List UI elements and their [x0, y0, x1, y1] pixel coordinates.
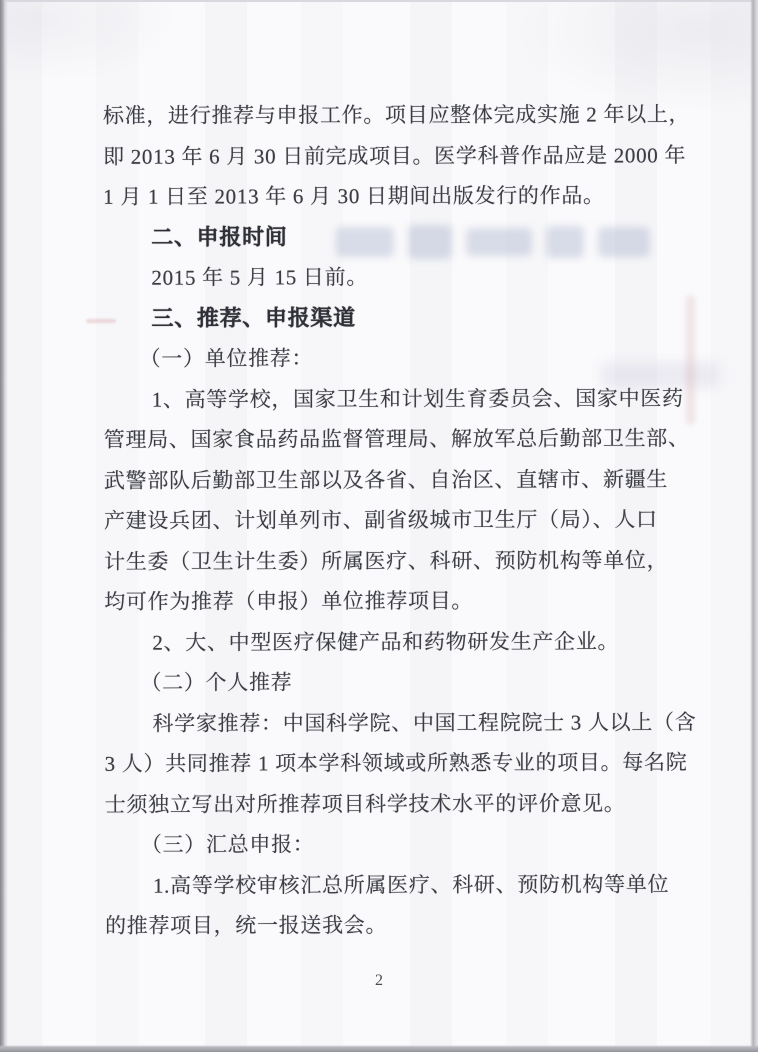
text-line: 武警部队后勤部卫生部以及各省、自治区、直辖市、新疆生 [104, 459, 698, 501]
scan-edge-right [750, 0, 758, 1052]
text-line: 管理局、国家食品药品监督管理局、解放军总后勤部卫生部、 [104, 418, 698, 460]
document-body: 标准，进行推荐与申报工作。项目应整体完成实施 2 年以上，即 2013 年 6 … [103, 94, 699, 946]
text-line: 标准，进行推荐与申报工作。项目应整体完成实施 2 年以上， [103, 94, 697, 136]
section-heading: 二、申报时间 [151, 216, 697, 258]
text-line: 计生委（卫生计生委）所属医疗、科研、预防机构等单位， [104, 540, 698, 582]
scan-edge-left [0, 0, 8, 1052]
text-line: 即 2013 年 6 月 30 日前完成项目。医学科普作品应是 2000 年 [103, 135, 697, 177]
text-line: 3 人）共同推荐 1 项本学科领域或所熟悉专业的项目。每名院 [105, 742, 699, 784]
text-line: 1、高等学校，国家卫生和计划生育委员会、国家中医药 [152, 378, 698, 420]
scan-edge-top [0, 0, 758, 2]
text-line: （二）个人推荐 [140, 661, 698, 703]
text-line: 2015 年 5 月 15 日前。 [151, 256, 697, 298]
text-line: 2、大、中型医疗保健产品和药物研发生产企业。 [152, 621, 698, 663]
scan-edge-bottom [0, 1045, 758, 1052]
text-line: 产建设兵团、计划单列市、副省级城市卫生厅（局）、人口 [104, 499, 698, 541]
page-number: 2 [0, 972, 758, 990]
section-heading: 三、推荐、申报渠道 [151, 297, 697, 339]
text-line: 士须独立写出对所推荐项目科学技术水平的评价意见。 [105, 783, 699, 825]
text-line: 科学家推荐：中国科学院、中国工程院院士 3 人以上（含 [152, 702, 698, 744]
text-line: 1.高等学校审核汇总所属医疗、科研、预防机构等单位 [153, 864, 699, 906]
text-line: （三）汇总申报： [141, 823, 699, 865]
text-line: 的推荐项目，统一报送我会。 [105, 904, 699, 946]
text-line: 均可作为推荐（申报）单位推荐项目。 [104, 580, 698, 622]
text-line: （一）单位推荐： [140, 337, 698, 379]
text-line: 1 月 1 日至 2013 年 6 月 30 日期间出版发行的作品。 [103, 175, 697, 217]
scanned-page: 标准，进行推荐与申报工作。项目应整体完成实施 2 年以上，即 2013 年 6 … [0, 0, 758, 1052]
